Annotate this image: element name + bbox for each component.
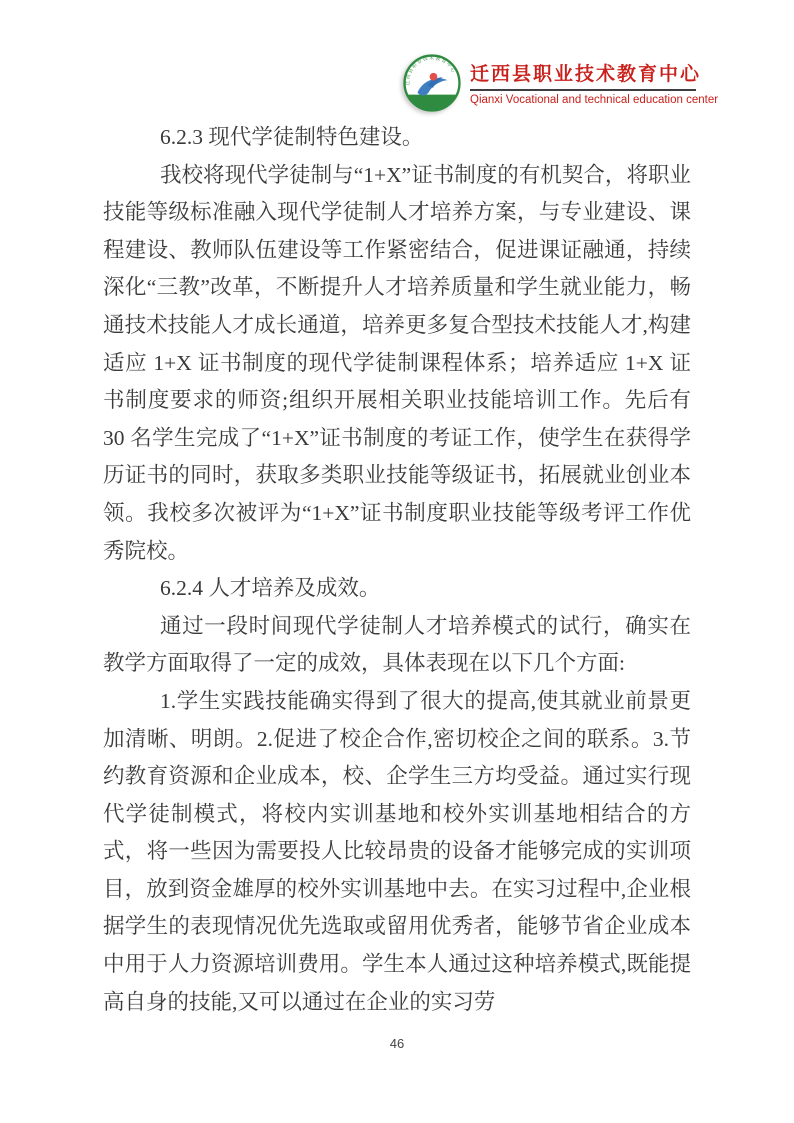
paragraph: 1.学生实践技能确实得到了很大的提高,使其就业前景更加清晰、明朗。2.促进了校企… bbox=[103, 683, 691, 1021]
paragraph: 6.2.3 现代学徒制特色建设。 bbox=[103, 119, 691, 157]
document-page: { "header": { "logo": { "title_cn": "迁西县… bbox=[0, 0, 794, 1123]
document-body: 6.2.3 现代学徒制特色建设。我校将现代学徒制与“1+X”证书制度的有机契合，… bbox=[103, 119, 691, 1021]
paragraph: 通过一段时间现代学徒制人才培养模式的试行，确实在教学方面取得了一定的成效，具体表… bbox=[103, 608, 691, 683]
emblem-red-dot bbox=[430, 73, 438, 81]
logo-text-block: 迁西县职业技术教育中心 Qianxi Vocational and techni… bbox=[470, 52, 696, 107]
school-emblem-icon: 迁西县职业技术教育中心 bbox=[403, 54, 461, 112]
school-name-en: Qianxi Vocational and technical educatio… bbox=[470, 93, 696, 107]
paragraph: 6.2.4 人才培养及成效。 bbox=[103, 570, 691, 608]
page-number: 46 bbox=[0, 1036, 794, 1051]
logo-divider bbox=[470, 89, 696, 91]
paragraph: 我校将现代学徒制与“1+X”证书制度的有机契合，将职业技能等级标准融入现代学徒制… bbox=[103, 157, 691, 571]
page-header: 迁西县职业技术教育中心 迁西县职业技术教育中心 Qianxi Vocationa… bbox=[0, 0, 794, 120]
school-name-cn: 迁西县职业技术教育中心 bbox=[470, 63, 696, 87]
